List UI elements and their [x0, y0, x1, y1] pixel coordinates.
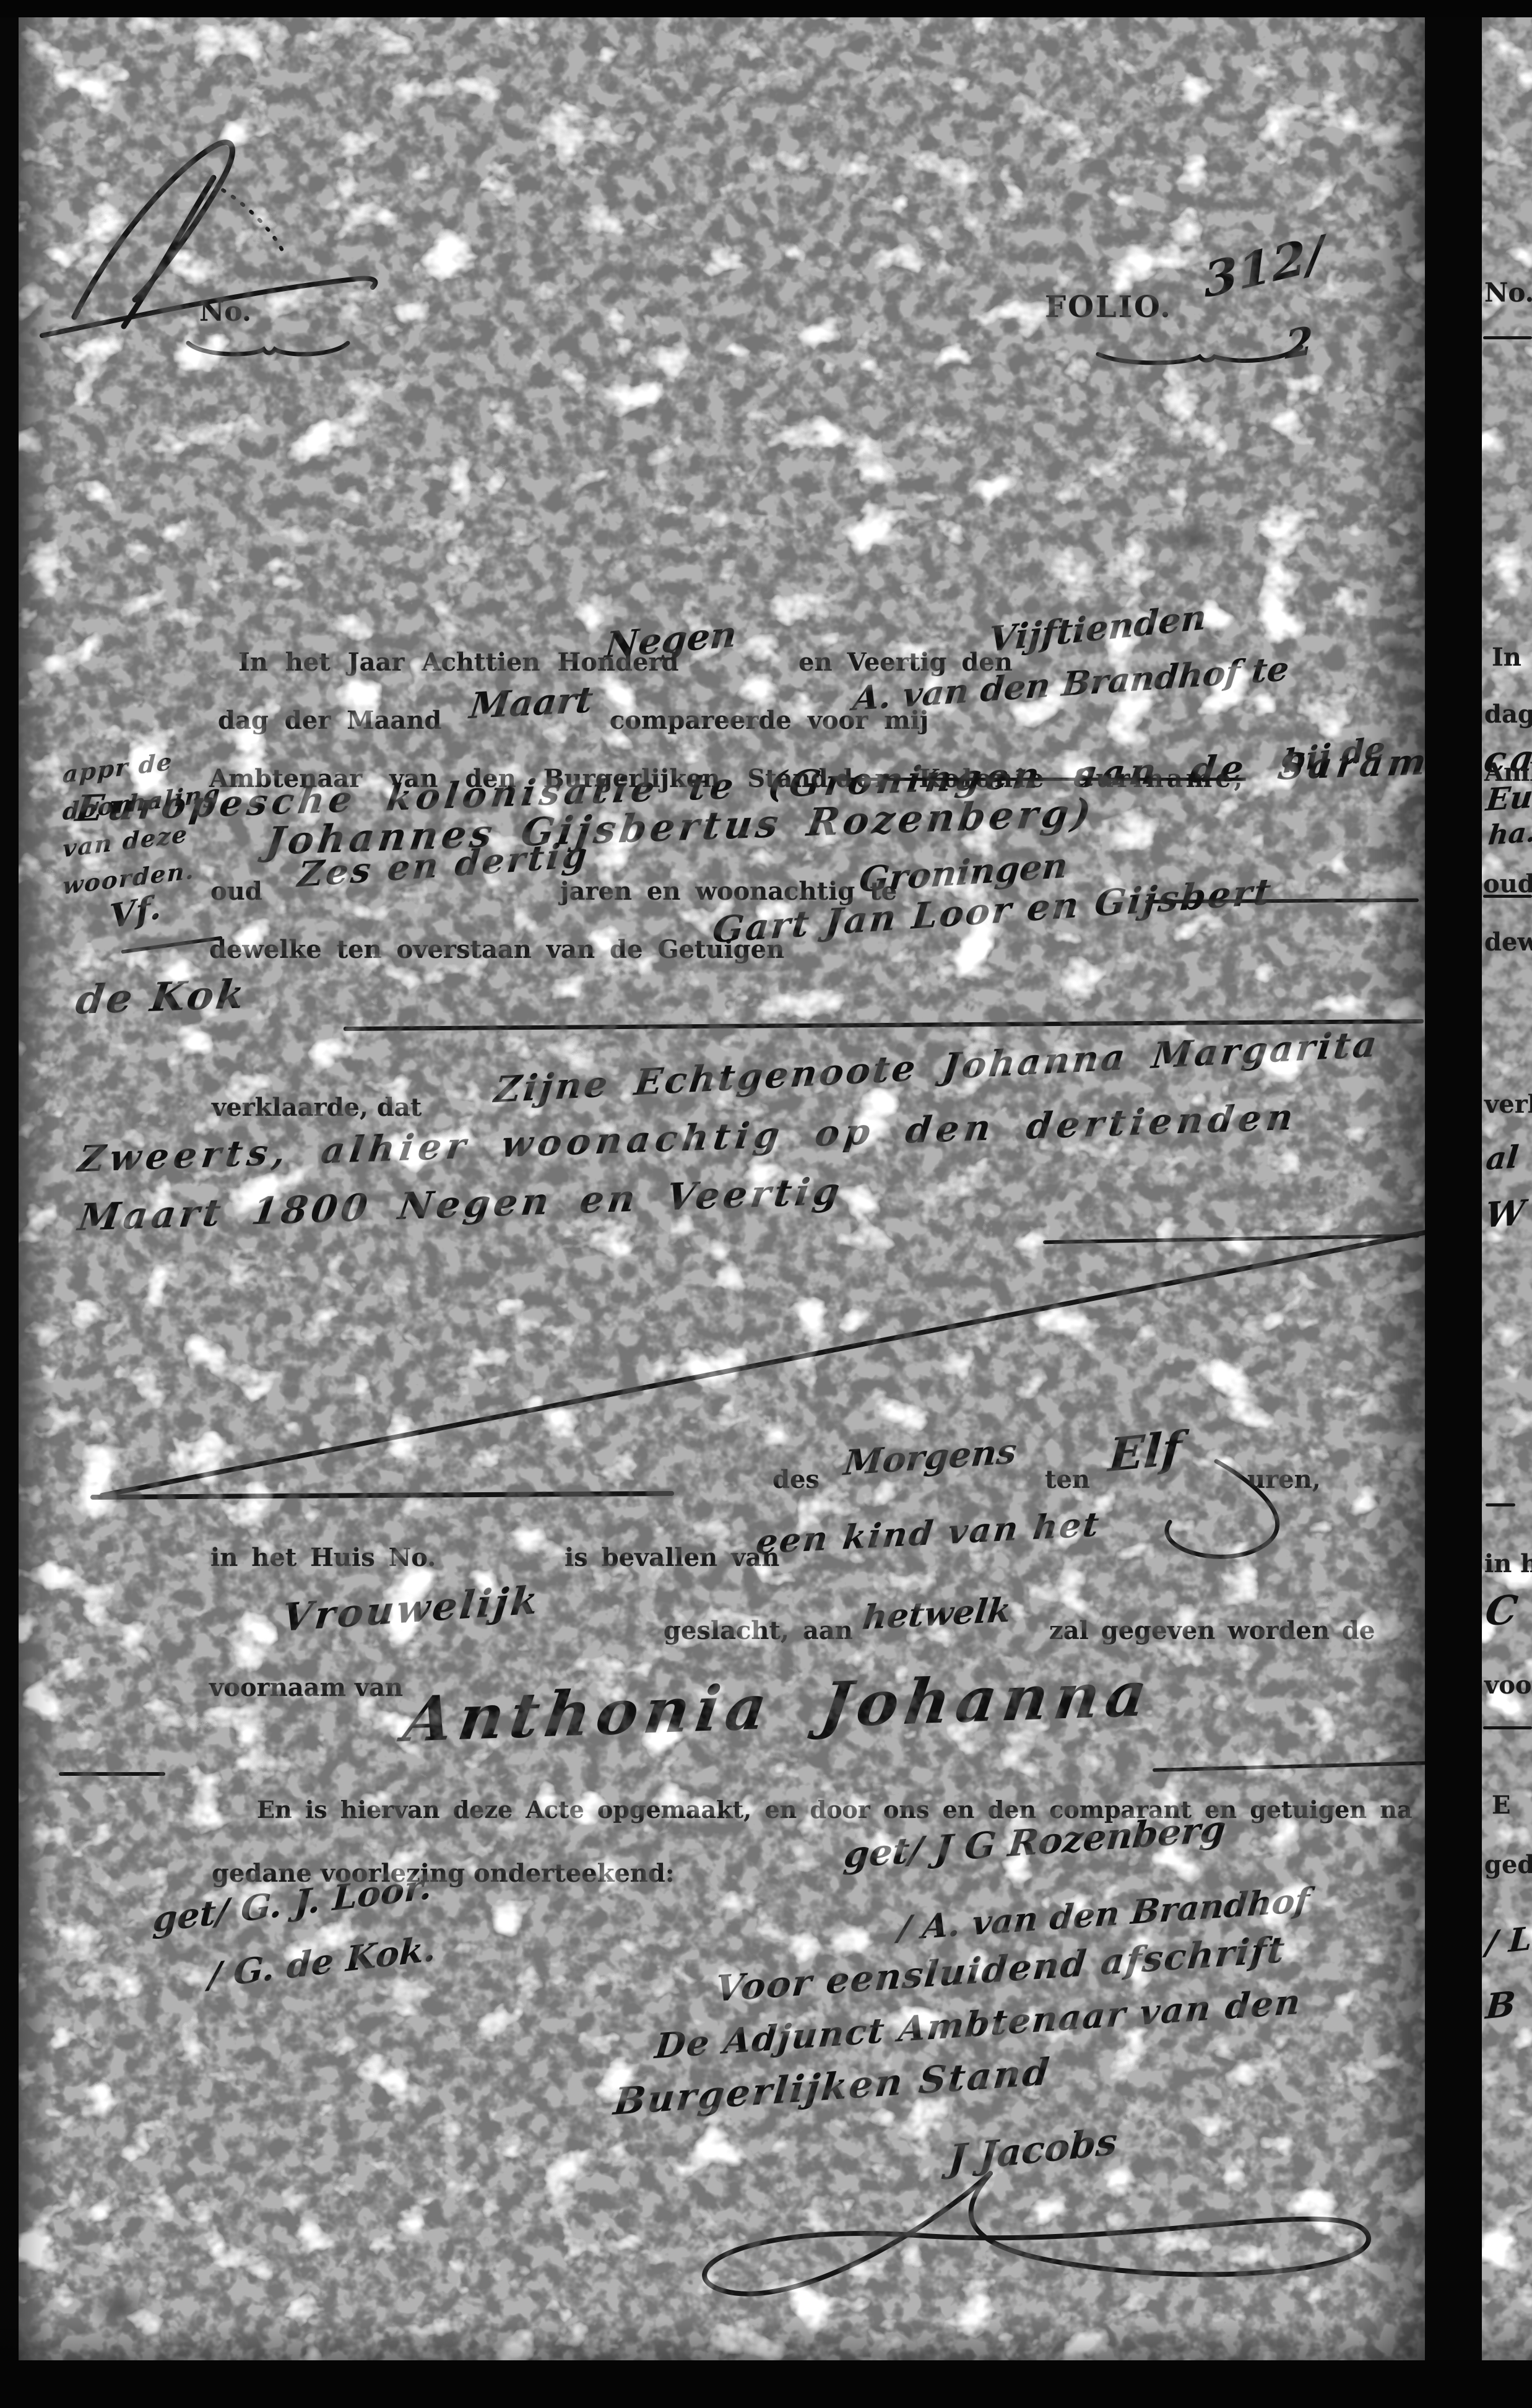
flourish-under-folio — [1094, 343, 1307, 378]
gutter-shadow — [1362, 16, 1426, 2363]
act-handwritten-entry: hetwelk — [860, 1590, 1013, 1637]
ink-rule — [1483, 1726, 1532, 1729]
act-printed-text: voornaam van — [209, 1673, 403, 1702]
next-page-partial-text: E — [1492, 1791, 1511, 1820]
next-page-partial-text: dew — [1484, 928, 1532, 957]
next-page-partial-text: W — [1483, 1193, 1527, 1236]
next-page-partial-text: / L — [1484, 1920, 1532, 1962]
no-label: No. — [199, 296, 251, 328]
act-printed-text: is bevallen van — [565, 1543, 779, 1572]
brace-under-no — [184, 338, 353, 364]
act-printed-text: gedane voorlezing onderteekend: — [212, 1859, 675, 1888]
scanned-birth-record-photo: No. FOLIO. 312/ 2 appr de doorhaling van… — [0, 0, 1532, 2408]
act-printed-text: zal gegeven worden de — [1049, 1616, 1375, 1645]
act-printed-text: En is hiervan deze Acte opgemaakt, en do… — [257, 1796, 1412, 1823]
act-printed-text: ten — [1045, 1465, 1090, 1494]
act-handwritten-entry: Maart — [467, 679, 595, 727]
act-printed-text: verklaarde, dat — [212, 1093, 422, 1122]
ink-rule — [1483, 336, 1532, 339]
act-printed-text: in het Huis No. — [210, 1543, 436, 1572]
next-page-partial-text: voorn — [1484, 1671, 1532, 1700]
next-page-partial-text: dag — [1484, 700, 1532, 729]
signature-jacobs-flourish — [656, 2149, 1430, 2334]
bottom-shadow — [0, 2321, 1532, 2360]
ink-rule — [1486, 1503, 1515, 1506]
next-page-partial-text: in h — [1484, 1549, 1532, 1578]
act-handwritten-entry: de Kok — [73, 971, 249, 1024]
name-line-dash — [59, 1772, 165, 1776]
next-page-partial-text: oud — [1483, 869, 1532, 898]
next-page-partial-text: B — [1484, 1983, 1517, 2027]
act-printed-text: des — [772, 1465, 820, 1494]
next-page-partial-text: verk — [1484, 1090, 1532, 1119]
act-printed-text: geslacht, aan — [664, 1616, 853, 1645]
next-page-partial-text: No. — [1484, 277, 1532, 308]
next-page-partial-text: Eu — [1484, 778, 1532, 818]
act-printed-text: oud — [210, 877, 262, 906]
next-page-partial-text: ged — [1484, 1850, 1532, 1879]
photo-black-border-bottom — [0, 2360, 1532, 2408]
folio-label: FOLIO. — [1045, 290, 1172, 324]
book-gutter — [1425, 0, 1482, 2408]
ink-stain — [1164, 520, 1223, 559]
next-page-partial-text: al — [1484, 1139, 1520, 1177]
ink-rule — [1483, 895, 1532, 898]
page-left-crease — [19, 16, 54, 2363]
act-printed-text: dewelke ten overstaan van de Getuigen — [209, 935, 784, 964]
next-page-partial-text: ha. — [1487, 817, 1532, 851]
next-page-partial-text: C — [1483, 1587, 1520, 1635]
photo-black-border-top — [0, 0, 1532, 17]
act-printed-text: dag der Maand — [218, 706, 441, 735]
next-page-partial-text: In — [1492, 643, 1521, 672]
